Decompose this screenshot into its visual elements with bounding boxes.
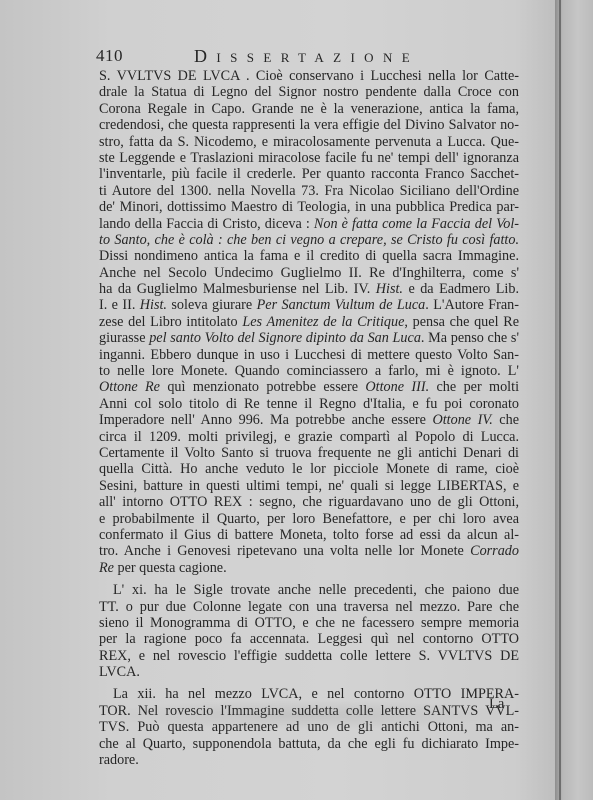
- text-line: S. VVLTVS DE LVCA . Cioè conservano i Lu…: [99, 68, 519, 84]
- catchword: La: [489, 696, 504, 713]
- text-segment: sieno il Monogramma di OTTO, e che ne fa…: [99, 615, 519, 631]
- text-segment: credendosi, che questa rappresenti la ve…: [99, 117, 519, 133]
- text-line: zese del Libro intitolato Les Amenitez d…: [99, 314, 519, 330]
- text-line: inganni. Ebbero dunque in uso i Lucchesi…: [99, 347, 519, 363]
- text-segment: Anni col solo titolo di Re tenne il Regn…: [99, 396, 519, 412]
- text-line: credendosi, che questa rappresenti la ve…: [99, 117, 519, 133]
- text-line: L' xi. ha le Sigle trovate anche nelle p…: [99, 582, 519, 598]
- italic-text: to Santo, che è colà : che ben ci vegno …: [99, 232, 519, 248]
- italic-text: Ottone Re: [99, 379, 160, 395]
- text-segment: l'inventarle, più facile il crederle. Pe…: [99, 166, 519, 182]
- text-segment: che: [493, 412, 519, 428]
- text-segment: lando della Faccia di Cristo, diceva :: [99, 216, 314, 232]
- text-segment: . Ma penso che s': [421, 330, 519, 346]
- text-line: Corona Regale in Capo. Grande ne è la ve…: [99, 101, 519, 117]
- text-line: Dissi nondimeno antica la fama e il cred…: [99, 248, 519, 264]
- text-segment: ha da Guglielmo Malmesburiense nel Lib. …: [99, 281, 376, 297]
- text-segment: , pensa che quel Re: [404, 314, 519, 330]
- book-page: 410 Dissertazione S. VVLTVS DE LVCA . Ci…: [0, 0, 560, 800]
- text-segment: . L'Autore Fran-: [425, 297, 519, 313]
- text-segment: per la ragione poco fa accennata. Legges…: [99, 631, 519, 647]
- text-line: all' intorno OTTO REX : segno, che rigua…: [99, 494, 519, 510]
- text-segment: che per molti: [429, 379, 519, 395]
- text-line: confermato il Gius di battere Moneta, to…: [99, 527, 519, 543]
- page-shadow: [90, 700, 520, 730]
- italic-text: Les Amenitez de la Critique: [242, 314, 404, 330]
- text-segment: ste Leggende e Traslazioni miracolose fa…: [99, 150, 519, 166]
- italic-text: Ottone IV.: [432, 412, 492, 428]
- text-segment: drale la Statua di Legno del Signor nost…: [99, 84, 519, 100]
- text-line: TT. o pur due Colonne legate con una tra…: [99, 599, 519, 615]
- text-line: per la ragione poco fa accennata. Legges…: [99, 631, 519, 647]
- text-segment: all' intorno OTTO REX : segno, che rigua…: [99, 494, 519, 510]
- text-line: Re per questa cagione.: [99, 560, 519, 576]
- text-segment: Sesini, batture in questi ultimi tempi, …: [99, 478, 519, 494]
- text-line: LVCA.: [99, 664, 519, 680]
- text-line: Anche nel Secolo Undecimo Guglielmo II. …: [99, 265, 519, 281]
- text-segment: de' Minori, dottissimo Maestro di Teolog…: [99, 199, 519, 215]
- text-segment: quella Città. Ho anche veduto le lor pic…: [99, 461, 519, 477]
- text-line: I. e II. Hist. soleva giurare Per Sanctu…: [99, 297, 519, 313]
- text-line: Certamente il Volto Santo si truova freq…: [99, 445, 519, 461]
- text-segment: TT. o pur due Colonne legate con una tra…: [99, 599, 519, 615]
- gutter-line: [559, 0, 561, 800]
- text-segment: inganni. Ebbero dunque in uso i Lucchesi…: [99, 347, 519, 363]
- page-header: 410 Dissertazione: [96, 46, 476, 68]
- text-line: giurasse pel santo Volto del Signore dip…: [99, 330, 519, 346]
- text-line: tro. Anche i Genovesi ripetevano una vol…: [99, 543, 519, 559]
- text-line: Sesini, batture in questi ultimi tempi, …: [99, 478, 519, 494]
- text-segment: stro, fatta da S. Nicodemo, e miracolosa…: [99, 134, 519, 150]
- text-line: lando della Faccia di Cristo, diceva : N…: [99, 216, 519, 232]
- text-segment: zese del Libro intitolato: [99, 314, 242, 330]
- text-line: drale la Statua di Legno del Signor nost…: [99, 84, 519, 100]
- text-segment: tro. Anche i Genovesi ripetevano una vol…: [99, 543, 470, 559]
- text-segment: I. e II.: [99, 297, 140, 313]
- body-text: S. VVLTVS DE LVCA . Cioè conservano i Lu…: [99, 68, 519, 768]
- text-line: de' Minori, dottissimo Maestro di Teolog…: [99, 199, 519, 215]
- text-segment: to nelle lore Monete. Quando cominciasse…: [99, 363, 519, 379]
- text-segment: REX, e nel rovescio l'effigie suddetta c…: [99, 648, 519, 664]
- text-segment: Certamente il Volto Santo si truova freq…: [99, 445, 519, 461]
- text-segment: e da Eadmero Lib.: [403, 281, 519, 297]
- text-segment: S. VVLTVS DE LVCA . Cioè conservano i Lu…: [99, 68, 519, 84]
- page-number: 410: [96, 46, 123, 66]
- next-page-edge: [555, 0, 593, 800]
- text-line: radore.: [99, 752, 519, 768]
- text-segment: quì menzionato potrebbe essere: [160, 379, 365, 395]
- text-line: stro, fatta da S. Nicodemo, e miracolosa…: [99, 134, 519, 150]
- text-segment: Corona Regale in Capo. Grande ne è la ve…: [99, 101, 519, 117]
- text-line: che al Quarto, supponendola battuta, da …: [99, 736, 519, 752]
- text-segment: Imperadore nell' Anno 996. Ma potrebbe a…: [99, 412, 432, 428]
- italic-text: Ottone III.: [365, 379, 429, 395]
- italic-text: Per Sanctum Vultum de Luca: [257, 297, 426, 313]
- text-line: ti Autore del 1300. nella Novella 73. Fr…: [99, 183, 519, 199]
- text-segment: ti Autore del 1300. nella Novella 73. Fr…: [99, 183, 519, 199]
- text-line: sieno il Monogramma di OTTO, e che ne fa…: [99, 615, 519, 631]
- running-title: Dissertazione: [194, 46, 419, 67]
- italic-text: Hist.: [140, 297, 167, 313]
- text-line: e probabilmente il Quarto, per loro Bene…: [99, 511, 519, 527]
- text-line: circa il 1209. molti privilegj, e grazie…: [99, 429, 519, 445]
- text-line: ste Leggende e Traslazioni miracolose fa…: [99, 150, 519, 166]
- text-line: to Santo, che è colà : che ben ci vegno …: [99, 232, 519, 248]
- text-segment: confermato il Gius di battere Moneta, to…: [99, 527, 519, 543]
- text-line: Anni col solo titolo di Re tenne il Regn…: [99, 396, 519, 412]
- text-line: Imperadore nell' Anno 996. Ma potrebbe a…: [99, 412, 519, 428]
- text-segment: che al Quarto, supponendola battuta, da …: [99, 736, 519, 752]
- text-segment: per questa cagione.: [114, 560, 227, 576]
- text-line: REX, e nel rovescio l'effigie suddetta c…: [99, 648, 519, 664]
- text-segment: soleva giurare: [167, 297, 257, 313]
- text-segment: radore.: [99, 752, 139, 768]
- text-line: l'inventarle, più facile il crederle. Pe…: [99, 166, 519, 182]
- text-segment: LVCA.: [99, 664, 140, 680]
- text-segment: circa il 1209. molti privilegj, e grazie…: [99, 429, 519, 445]
- text-segment: e probabilmente il Quarto, per loro Bene…: [99, 511, 519, 527]
- italic-text: Re: [99, 560, 114, 576]
- text-segment: Dissi nondimeno antica la fama e il cred…: [99, 248, 519, 264]
- italic-text: pel santo Volto del Signore dipinto da S…: [149, 330, 421, 346]
- text-segment: L' xi. ha le Sigle trovate anche nelle p…: [113, 582, 519, 598]
- text-line: to nelle lore Monete. Quando cominciasse…: [99, 363, 519, 379]
- italic-text: Non è fatta come la Faccia del Vol-: [314, 216, 519, 232]
- text-line: quella Città. Ho anche veduto le lor pic…: [99, 461, 519, 477]
- text-line: Ottone Re quì menzionato potrebbe essere…: [99, 379, 519, 395]
- text-segment: Anche nel Secolo Undecimo Guglielmo II. …: [99, 265, 519, 281]
- italic-text: Corrado: [470, 543, 519, 559]
- text-segment: giurasse: [99, 330, 149, 346]
- italic-text: Hist.: [376, 281, 403, 297]
- text-line: ha da Guglielmo Malmesburiense nel Lib. …: [99, 281, 519, 297]
